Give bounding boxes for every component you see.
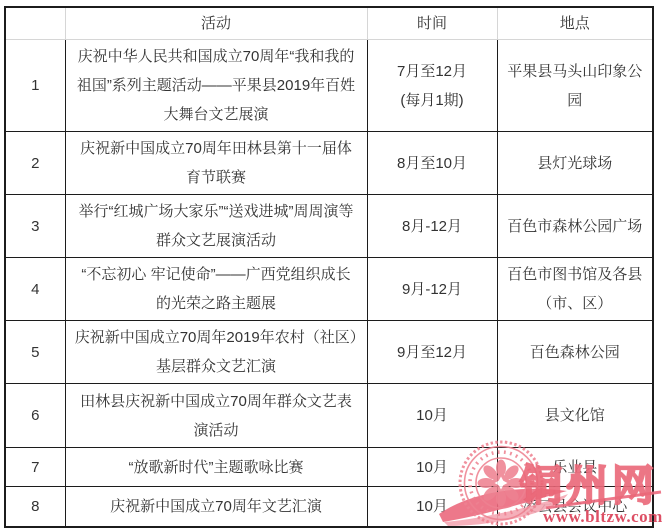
activity-table-container: 活动 时间 地点 1 庆祝中华人民共和国成立70周年“我和我的祖国”系列主题活动… (4, 6, 654, 528)
activity-cell: 庆祝新中国成立70周年田林县第十一届体育节联赛 (65, 132, 367, 195)
activity-cell: 举行“红城广场大家乐”“送戏进城”周周演等群众文艺展演活动 (65, 195, 367, 258)
time-cell: 8月-12月 (367, 195, 497, 258)
column-header-time: 时间 (367, 7, 497, 40)
table-row: 6 田林县庆祝新中国成立70周年群众文艺表演活动 10月 县文化馆 (5, 384, 653, 448)
row-number-cell: 2 (5, 132, 65, 195)
row-number-cell: 4 (5, 258, 65, 321)
time-cell: 10月 (367, 384, 497, 448)
location-cell: 乐业县 (497, 448, 653, 487)
location-cell: 县灯光球场 (497, 132, 653, 195)
time-cell: 10月 (367, 487, 497, 528)
activity-cell: 庆祝中华人民共和国成立70周年“我和我的祖国”系列主题活动——平果县2019年百… (65, 40, 367, 132)
time-cell: 10月 (367, 448, 497, 487)
row-number-cell: 6 (5, 384, 65, 448)
table-row: 7 “放歌新时代”主题歌咏比赛 10月 乐业县 (5, 448, 653, 487)
row-number-cell: 5 (5, 321, 65, 384)
page: 活动 时间 地点 1 庆祝中华人民共和国成立70周年“我和我的祖国”系列主题活动… (0, 0, 663, 528)
time-cell: 9月至12月 (367, 321, 497, 384)
column-header-index (5, 7, 65, 40)
table-row: 3 举行“红城广场大家乐”“送戏进城”周周演等群众文艺展演活动 8月-12月 百… (5, 195, 653, 258)
table-row: 1 庆祝中华人民共和国成立70周年“我和我的祖国”系列主题活动——平果县2019… (5, 40, 653, 132)
location-cell: 凌云县会议中心 (497, 487, 653, 528)
activity-table: 活动 时间 地点 1 庆祝中华人民共和国成立70周年“我和我的祖国”系列主题活动… (4, 6, 654, 528)
location-cell: 百色市森林公园广场 (497, 195, 653, 258)
row-number-cell: 8 (5, 487, 65, 528)
header-row: 活动 时间 地点 (5, 7, 653, 40)
time-cell: 8月至10月 (367, 132, 497, 195)
activity-cell: 庆祝新中国成立70周年2019年农村（社区）基层群众文艺汇演 (65, 321, 367, 384)
activity-cell: 田林县庆祝新中国成立70周年群众文艺表演活动 (65, 384, 367, 448)
table-row: 4 “不忘初心 牢记使命”——广西党组织成长的光荣之路主题展 9月-12月 百色… (5, 258, 653, 321)
column-header-activity: 活动 (65, 7, 367, 40)
table-row: 5 庆祝新中国成立70周年2019年农村（社区）基层群众文艺汇演 9月至12月 … (5, 321, 653, 384)
table-row: 8 庆祝新中国成立70周年文艺汇演 10月 凌云县会议中心 (5, 487, 653, 528)
location-cell: 百色市图书馆及各县（市、区） (497, 258, 653, 321)
activity-cell: “不忘初心 牢记使命”——广西党组织成长的光荣之路主题展 (65, 258, 367, 321)
row-number-cell: 1 (5, 40, 65, 132)
time-cell: 9月-12月 (367, 258, 497, 321)
table-row: 2 庆祝新中国成立70周年田林县第十一届体育节联赛 8月至10月 县灯光球场 (5, 132, 653, 195)
location-cell: 县文化馆 (497, 384, 653, 448)
activity-cell: 庆祝新中国成立70周年文艺汇演 (65, 487, 367, 528)
location-cell: 百色森林公园 (497, 321, 653, 384)
activity-cell: “放歌新时代”主题歌咏比赛 (65, 448, 367, 487)
column-header-location: 地点 (497, 7, 653, 40)
time-cell: 7月至12月 (每月1期) (367, 40, 497, 132)
location-cell: 平果县马头山印象公园 (497, 40, 653, 132)
row-number-cell: 3 (5, 195, 65, 258)
row-number-cell: 7 (5, 448, 65, 487)
